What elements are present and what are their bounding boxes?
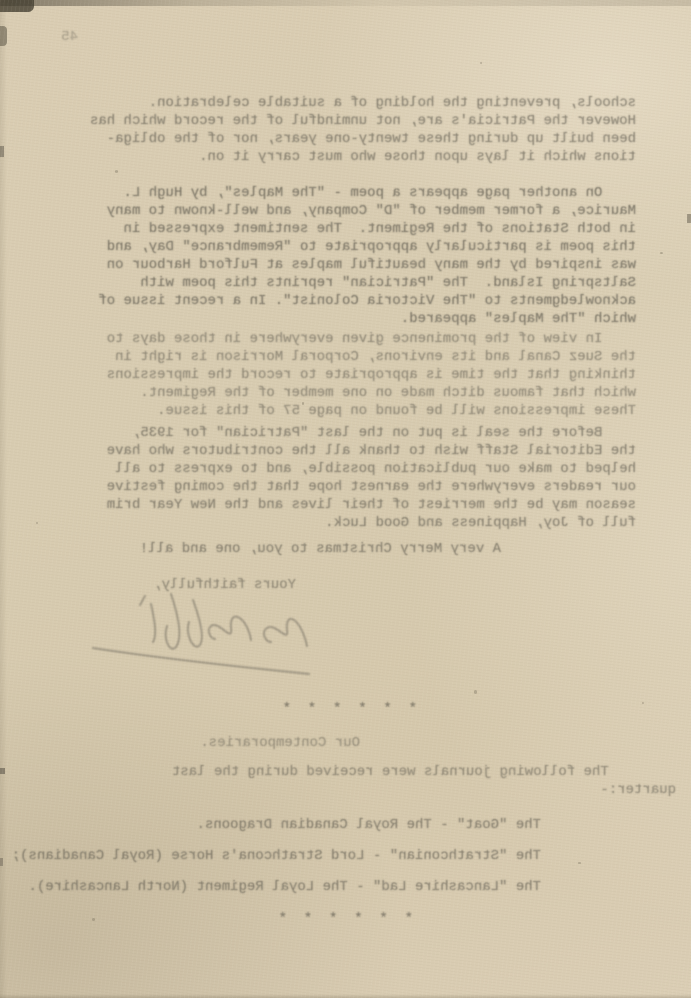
text-line: in both Stations of the Regiment. The se…: [98, 220, 636, 238]
text-line: the Editorial Staff wish to thank all th…: [107, 442, 636, 460]
text-line: The following journals were received dur…: [172, 763, 676, 781]
text-line: In view of the prominence given everywhe…: [107, 330, 636, 348]
text-line: Saltspring Island. The "Patrician" repri…: [98, 274, 636, 292]
greeting-line: A very Merry Christmas to you, one and a…: [140, 540, 501, 558]
asterisk-separator: * * * * * *: [283, 700, 417, 718]
text-line: acknowledgments to "The Victoria Colonis…: [98, 292, 636, 310]
text-line: season may be the merriest of their live…: [107, 496, 636, 514]
text-line: quarter:-: [172, 781, 676, 799]
typewritten-paragraph: schools, preventing the holding of a sui…: [90, 94, 636, 166]
show-through-text-layer: 45 schools, preventing the holding of a …: [0, 0, 691, 998]
text-line: tions which it lays upon those who must …: [90, 148, 636, 166]
journal-list: The "Goat" - The Royal Canadian Dragoons…: [12, 816, 541, 896]
journal-list-item: The "Lancashire Lad" - The Loyal Regimen…: [12, 878, 541, 896]
text-line: On another page appears a poem - "The Ma…: [98, 184, 636, 202]
text-line: Maurice, a former member of "D" Company,…: [98, 202, 636, 220]
text-line: thinking that the time is appropriate to…: [107, 366, 636, 384]
text-line: These impressions will be found on page …: [107, 402, 636, 420]
journal-list-item: The "Goat" - The Royal Canadian Dragoons…: [12, 816, 541, 834]
journal-list-item: The "Strathconian" - Lord Strathcona's H…: [12, 847, 541, 865]
typewritten-paragraph: On another page appears a poem - "The Ma…: [98, 184, 636, 328]
text-line: which that famous ditch made on one memb…: [107, 384, 636, 402]
handwritten-signature: [71, 582, 321, 682]
text-line: full of Joy, Happiness and Good Luck.: [107, 514, 636, 532]
text-line: been built up during these twenty-one ye…: [90, 130, 636, 148]
text-line: which "The Maples" appeared.: [98, 310, 636, 328]
text-line: was inspired by the many beautiful maple…: [98, 256, 636, 274]
text-line: our readers everywhere the earnest hope …: [107, 478, 636, 496]
text-line: Before the seal is put on the last "Patr…: [107, 424, 636, 442]
text-line: helped to make our publication possible,…: [107, 460, 636, 478]
text-line: However the Patricia's are, not unmindfu…: [90, 112, 636, 130]
text-line: schools, preventing the holding of a sui…: [90, 94, 636, 112]
section-heading: Our Contemporaries.: [200, 734, 360, 752]
typewritten-paragraph: Before the seal is put on the last "Patr…: [107, 424, 636, 532]
page-number: 45: [61, 28, 78, 46]
text-line: the Suez Canal and its environs, Corpora…: [107, 348, 636, 366]
intro-text: The following journals were received dur…: [172, 763, 676, 799]
scanned-letter-page: 45 schools, preventing the holding of a …: [0, 0, 691, 998]
text-line: this poem is particularly appropriate to…: [98, 238, 636, 256]
typewritten-paragraph: In view of the prominence given everywhe…: [107, 330, 636, 420]
asterisk-separator: * * * * * *: [279, 910, 413, 928]
